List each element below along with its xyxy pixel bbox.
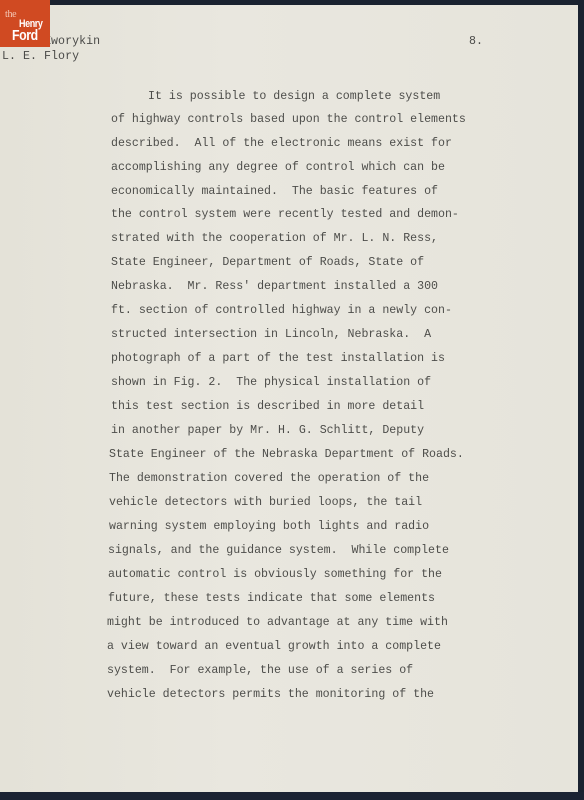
body-line: Nebraska. Mr. Ress' department installed… (111, 280, 438, 293)
body-line: described. All of the electronic means e… (111, 137, 452, 150)
body-line: strated with the cooperation of Mr. L. N… (111, 232, 438, 245)
scan-bottom-border (0, 792, 584, 800)
body-line: the control system were recently tested … (111, 208, 459, 221)
body-line: It is possible to design a complete syst… (148, 90, 440, 103)
body-line: automatic control is obviously something… (108, 568, 442, 581)
body-line: shown in Fig. 2. The physical installati… (111, 376, 431, 389)
page-number: 8. (469, 35, 483, 48)
body-line: might be introduced to advantage at any … (107, 616, 448, 629)
body-line: warning system employing both lights and… (109, 520, 429, 533)
body-line: vehicle detectors with buried loops, the… (109, 496, 422, 509)
document-scan: the Henry Ford V. K. Zworykin L. E. Flor… (0, 0, 584, 800)
body-line: in another paper by Mr. H. G. Schlitt, D… (111, 424, 424, 437)
body-line: ft. section of controlled highway in a n… (111, 304, 452, 317)
header-author-2: L. E. Flory (2, 50, 79, 63)
body-line: The demonstration covered the operation … (109, 472, 429, 485)
body-line: structed intersection in Lincoln, Nebras… (111, 328, 431, 341)
body-line: signals, and the guidance system. While … (108, 544, 449, 557)
body-line: State Engineer of the Nebraska Departmen… (109, 448, 464, 461)
body-line: vehicle detectors permits the monitoring… (107, 688, 434, 701)
body-line: economically maintained. The basic featu… (111, 185, 438, 198)
logo-ford-text: Ford (12, 28, 38, 43)
body-line: future, these tests indicate that some e… (108, 592, 435, 605)
body-line: photograph of a part of the test install… (111, 352, 445, 365)
henry-ford-logo: the Henry Ford (0, 0, 50, 47)
body-line: a view toward an eventual growth into a … (107, 640, 441, 653)
body-line: of highway controls based upon the contr… (111, 113, 466, 126)
body-line: this test section is described in more d… (111, 400, 424, 413)
body-line: accomplishing any degree of control whic… (111, 161, 445, 174)
body-line: system. For example, the use of a series… (107, 664, 413, 677)
logo-the-text: the (5, 9, 16, 20)
body-line: State Engineer, Department of Roads, Sta… (111, 256, 424, 269)
